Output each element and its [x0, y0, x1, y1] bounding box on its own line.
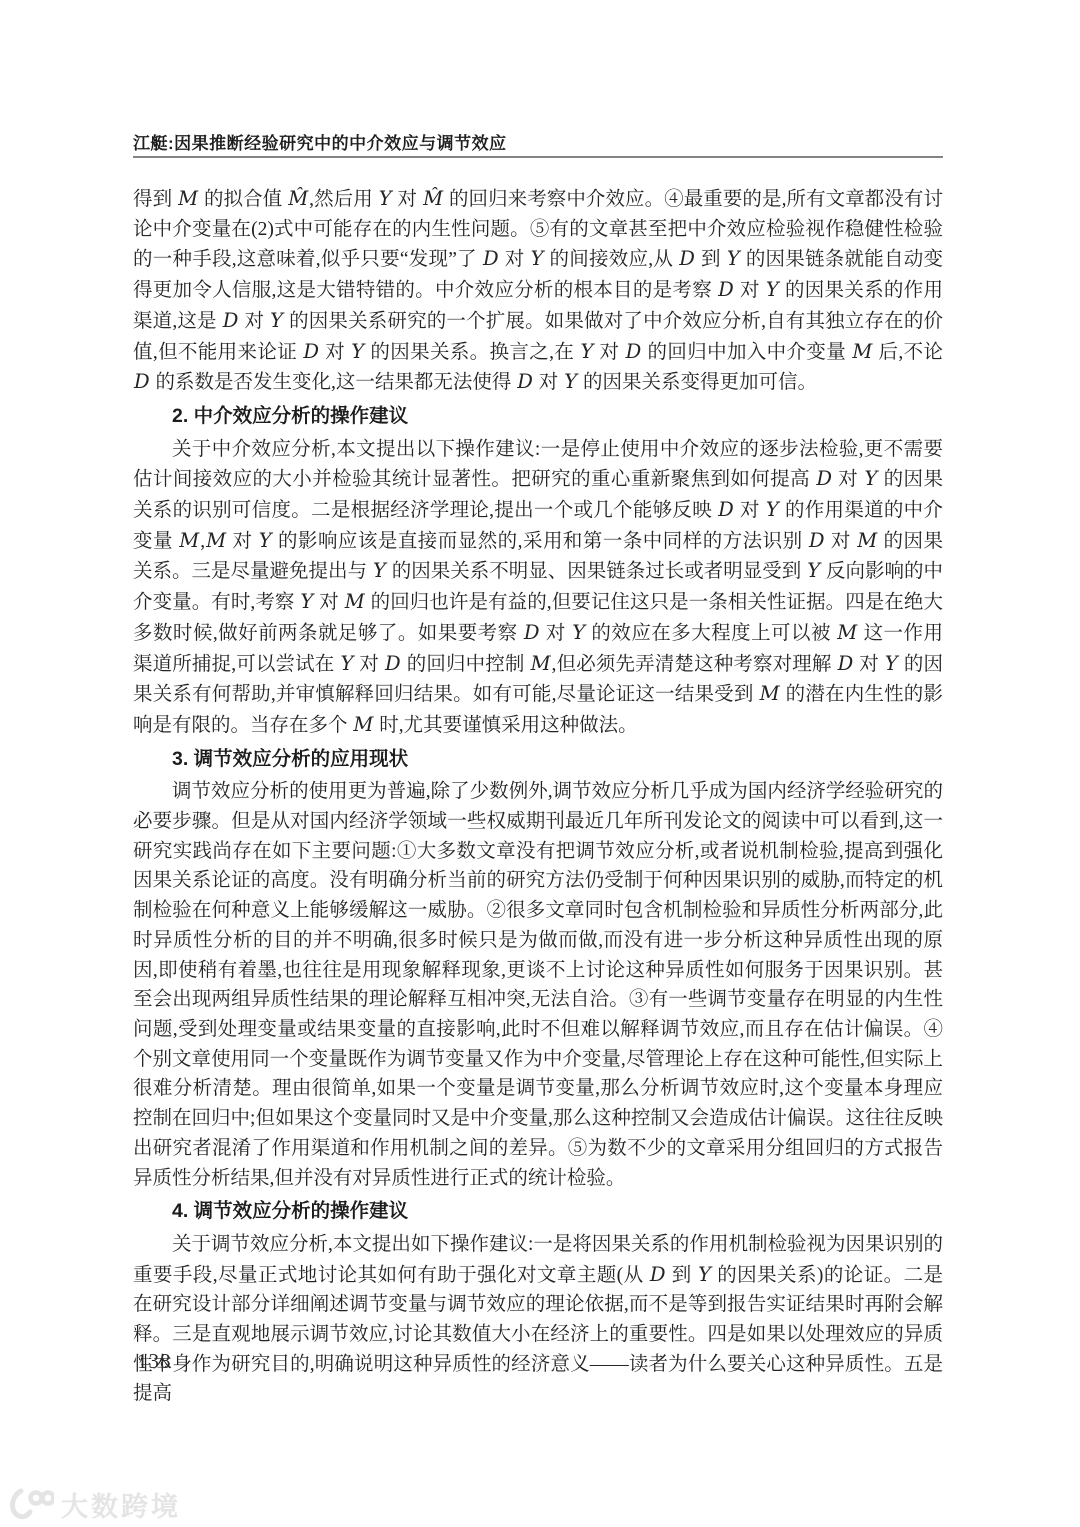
math-variable: Y — [339, 652, 354, 675]
section-heading: 3. 调节效应分析的应用现状 — [133, 745, 943, 775]
math-variable: M — [344, 590, 366, 613]
math-variable: D — [678, 247, 696, 270]
math-variable: D — [815, 467, 833, 490]
math-variable: Y — [863, 467, 878, 490]
section-heading: 2. 中介效应分析的操作建议 — [133, 402, 943, 432]
math-variable: Y — [563, 370, 578, 393]
page-number: 138 — [137, 1349, 172, 1374]
math-variable: D — [808, 529, 826, 552]
math-variable: D — [302, 340, 320, 363]
math-variable: Y — [530, 247, 545, 270]
math-variable: Y — [726, 247, 741, 270]
math-variable: M̂ — [422, 187, 444, 210]
math-variable: M — [759, 682, 781, 705]
math-variable: M — [205, 529, 227, 552]
math-variable: D — [625, 340, 643, 363]
math-variable: Y — [765, 278, 780, 301]
math-variable: Y — [697, 1263, 712, 1286]
paragraph: 调节效应分析的使用更为普遍,除了少数例外,调节效应分析几乎成为国内经济学经验研究… — [133, 777, 943, 1193]
math-variable: D — [837, 652, 855, 675]
math-variable: M — [177, 187, 199, 210]
running-header: 江艇:因果推断经验研究中的中介效应与调节效应 — [133, 129, 943, 154]
math-variable: M — [836, 621, 858, 644]
document-page: 江艇:因果推断经验研究中的中介效应与调节效应 得到 M 的拟合值 M̂,然后用 … — [0, 0, 1080, 1527]
section-heading: 4. 调节效应分析的操作建议 — [133, 1197, 943, 1227]
math-variable: M — [851, 340, 873, 363]
math-variable: Y — [571, 621, 586, 644]
math-variable: Y — [765, 498, 780, 521]
math-variable: M — [530, 652, 552, 675]
math-variable: Y — [350, 340, 365, 363]
math-variable: M — [352, 713, 374, 736]
math-variable: Y — [579, 340, 594, 363]
math-variable: D — [523, 621, 541, 644]
math-variable: Y — [884, 652, 899, 675]
math-variable: Y — [299, 590, 314, 613]
math-variable: D — [482, 247, 500, 270]
math-variable: Y — [372, 559, 387, 582]
paragraph: 关于中介效应分析,本文提出以下操作建议:一是停止使用中介效应的逐步法检验,更不需… — [133, 435, 943, 741]
math-variable: D — [649, 1263, 667, 1286]
paragraph: 得到 M 的拟合值 M̂,然后用 Y 对 M̂ 的回归来考察中介效应。④最重要的… — [133, 184, 943, 398]
math-variable: D — [516, 370, 534, 393]
math-variable: Y — [806, 559, 821, 582]
math-variable: M — [856, 529, 878, 552]
math-variable: D — [222, 309, 240, 332]
watermark: 大数跨境 — [8, 1485, 181, 1524]
header-rule — [133, 156, 943, 158]
paragraph: 关于调节效应分析,本文提出如下操作建议:一是将因果关系的作用机制检验视为因果识别… — [133, 1230, 943, 1409]
watermark-text: 大数跨境 — [61, 1485, 181, 1524]
math-variable: Y — [378, 187, 393, 210]
watermark-logo-icon — [8, 1488, 54, 1522]
math-variable: M̂ — [287, 187, 309, 210]
math-variable: D — [717, 498, 735, 521]
math-variable: D — [384, 652, 402, 675]
math-variable: M — [178, 529, 200, 552]
math-variable: D — [717, 278, 735, 301]
body-text: 得到 M 的拟合值 M̂,然后用 Y 对 M̂ 的回归来考察中介效应。④最重要的… — [133, 184, 943, 1409]
math-variable: Y — [258, 529, 273, 552]
math-variable: Y — [269, 309, 284, 332]
math-variable: D — [133, 370, 151, 393]
